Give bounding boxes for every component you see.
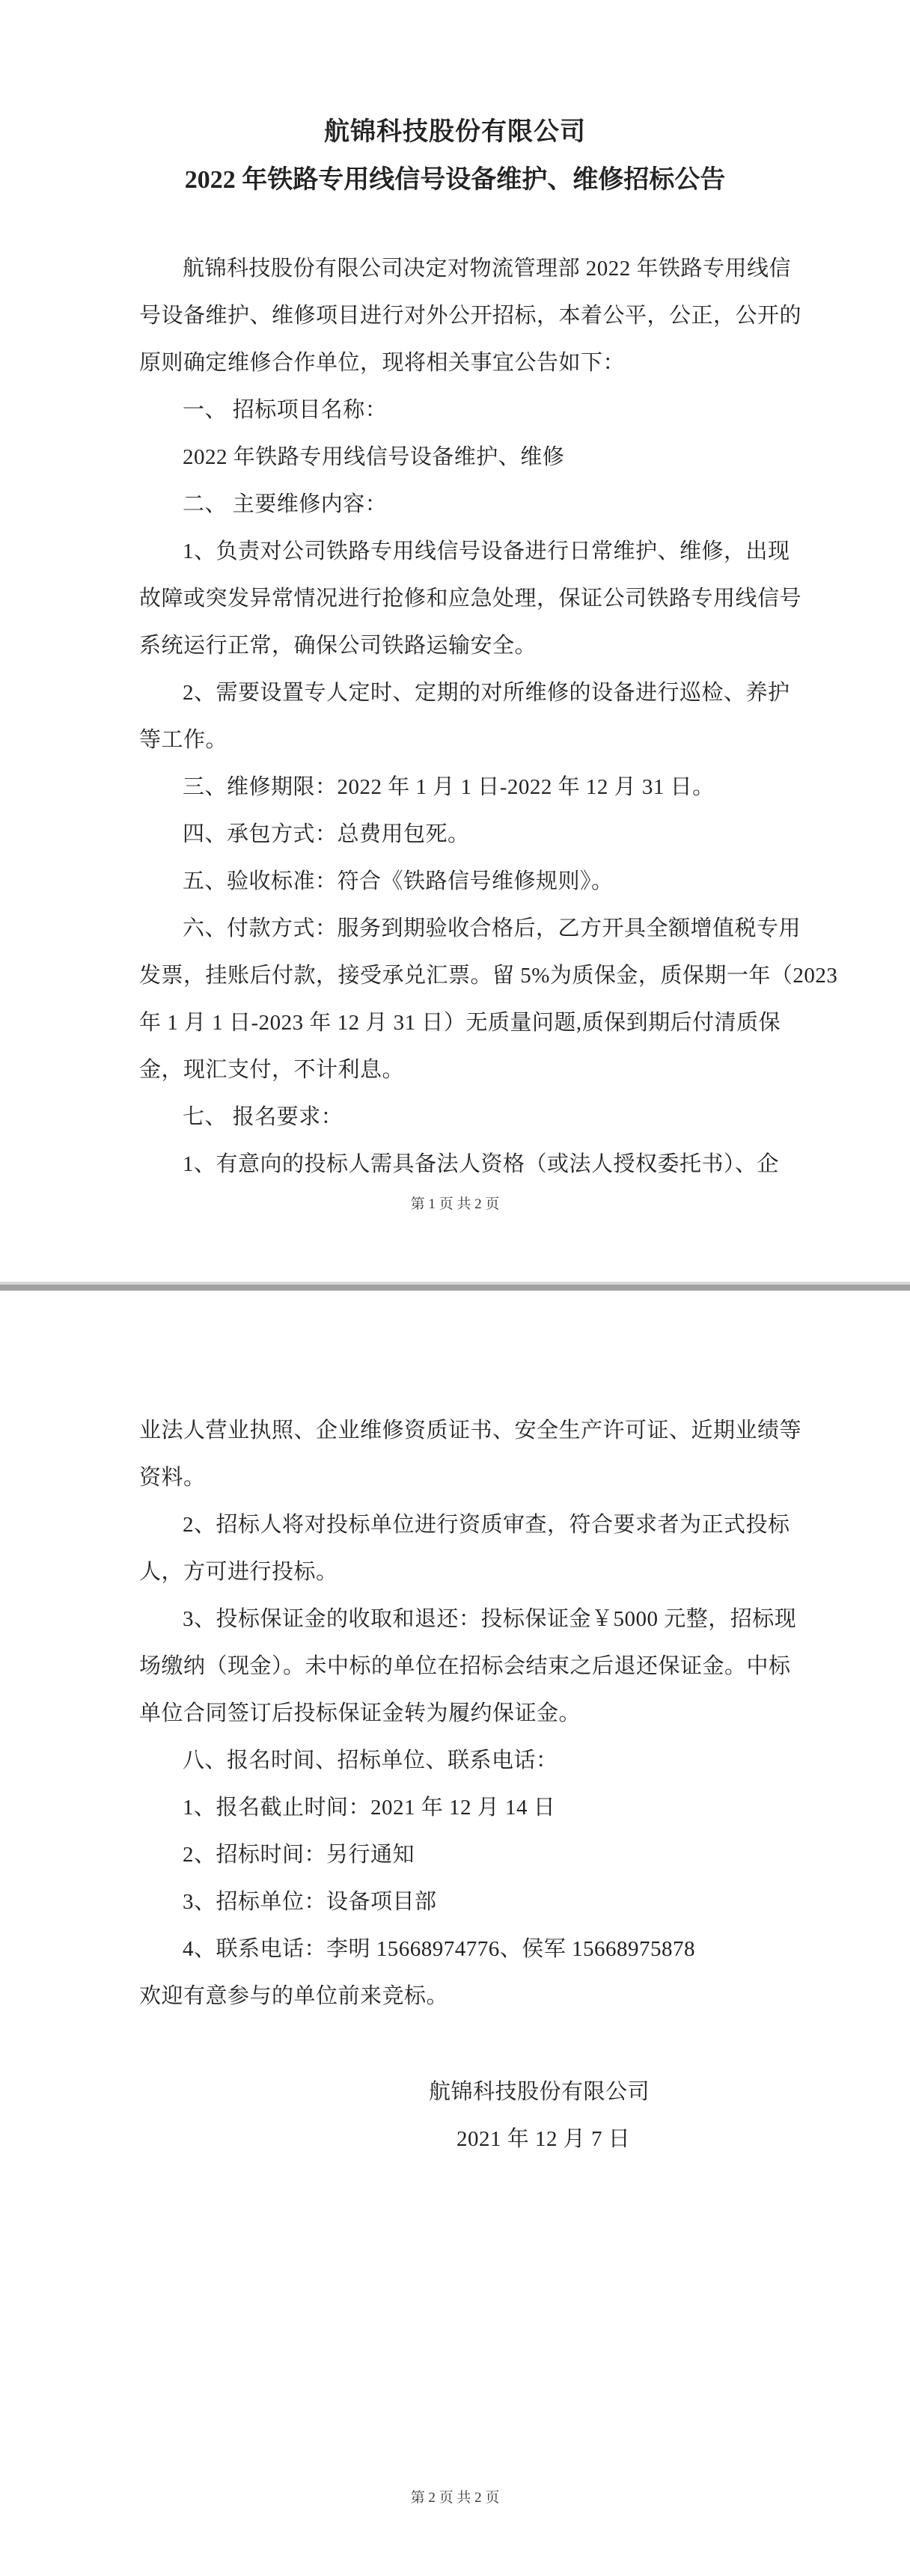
body-text-line: 1、负责对公司铁路专用线信号设备进行日常维护、维修，出现 <box>0 528 910 575</box>
body-text-line: 一、 招标项目名称： <box>0 387 910 434</box>
body-text-line: 3、招标单位：设备项目部 <box>0 1879 910 1926</box>
body-text-line: 2022 年铁路专用线信号设备维护、维修 <box>0 434 910 481</box>
signature-date: 2021 年 12 月 7 日 <box>456 2129 630 2150</box>
body-text-line: 场缴纳（现金）。未中标的单位在招标会结束之后退还保证金。中标 <box>0 1643 910 1690</box>
body-text-line: 号设备维护、维修项目进行对外公开招标，本着公平，公正，公开的 <box>0 293 910 340</box>
body-text-line: 故障或突发异常情况进行抢修和应急处理，保证公司铁路专用线信号 <box>0 575 910 622</box>
body-text-line: 原则确定维修合作单位，现将相关事宜公告如下： <box>0 340 910 387</box>
body-text-line: 七、 报名要求： <box>0 1094 910 1141</box>
body-text-line: 六、付款方式：服务到期验收合格后，乙方开具全额增值税专用 <box>0 905 910 952</box>
page-2-footer: 第 2 页 共 2 页 <box>0 2491 910 2505</box>
body-text-line: 金，现汇支付，不计利息。 <box>0 1047 910 1094</box>
body-text-line: 1、有意向的投标人需具备法人资格（或法人授权委托书）、企 <box>0 1141 910 1188</box>
body-text-line: 五、验收标准：符合《铁路信号维修规则》。 <box>0 858 910 905</box>
document-subtitle: 2022 年铁路专用线信号设备维护、维修招标公告 <box>0 168 910 193</box>
body-text-line: 业法人营业执照、企业维修资质证书、安全生产许可证、近期业绩等 <box>0 1407 910 1454</box>
body-text-line: 欢迎有意参与的单位前来竞标。 <box>0 1973 910 2020</box>
body-text-line: 2、需要设置专人定时、定期的对所维修的设备进行巡检、养护 <box>0 670 910 717</box>
body-text-line: 2、招标人将对投标单位进行资质审查，符合要求者为正式投标 <box>0 1502 910 1549</box>
body-text-line: 年 1 月 1 日-2023 年 12 月 31 日）无质量问题,质保到期后付清… <box>0 1000 910 1047</box>
body-text-line: 4、联系电话：李明 15668974776、侯军 15668975878 <box>0 1926 910 1973</box>
page-1-body: 航锦科技股份有限公司决定对物流管理部 2022 年铁路专用线信号设备维护、维修项… <box>0 245 910 1188</box>
document-title: 航锦科技股份有限公司 <box>0 120 910 145</box>
body-text-line: 四、承包方式：总费用包死。 <box>0 811 910 858</box>
body-text-line: 二、 主要维修内容： <box>0 481 910 528</box>
page-separator-shadow <box>0 1285 910 1291</box>
body-text-line: 八、报名时间、招标单位、联系电话： <box>0 1737 910 1784</box>
page-1-footer: 第 1 页 共 2 页 <box>0 1197 910 1211</box>
page-2-body: 业法人营业执照、企业维修资质证书、安全生产许可证、近期业绩等资料。2、招标人将对… <box>0 1407 910 2020</box>
body-text-line: 人，方可进行投标。 <box>0 1549 910 1596</box>
body-text-line: 等工作。 <box>0 717 910 764</box>
body-text-line: 2、招标时间：另行通知 <box>0 1832 910 1879</box>
body-text-line: 三、维修期限：2022 年 1 月 1 日-2022 年 12 月 31 日。 <box>0 764 910 811</box>
body-text-line: 航锦科技股份有限公司决定对物流管理部 2022 年铁路专用线信 <box>0 245 910 293</box>
body-text-line: 资料。 <box>0 1454 910 1502</box>
body-text-line: 3、投标保证金的收取和退还：投标保证金￥5000 元整，招标现 <box>0 1596 910 1643</box>
document-view: 航锦科技股份有限公司 2022 年铁路专用线信号设备维护、维修招标公告 航锦科技… <box>0 0 910 2576</box>
body-text-line: 1、报名截止时间：2021 年 12 月 14 日 <box>0 1784 910 1832</box>
page-separator <box>0 1282 910 1291</box>
body-text-line: 发票，挂账后付款，接受承兑汇票。留 5%为质保金，质保期一年（2023 <box>0 952 910 1000</box>
body-text-line: 系统运行正常，确保公司铁路运输安全。 <box>0 622 910 670</box>
signature-company: 航锦科技股份有限公司 <box>429 2081 650 2103</box>
body-text-line: 单位合同签订后投标保证金转为履约保证金。 <box>0 1690 910 1737</box>
